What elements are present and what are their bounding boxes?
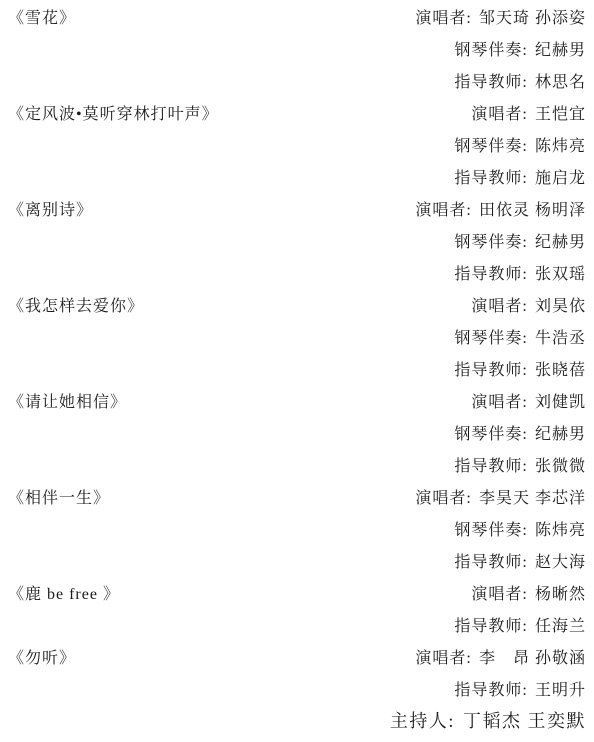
credit-line: 指导教师:张晓蓓 [454, 357, 586, 380]
role-label: 钢琴伴奏: [454, 421, 527, 444]
song-title: 《定风波•莫听穿林打叶声》 [8, 101, 219, 124]
performer-names: 陈炜亮 [535, 133, 586, 156]
credit-line: 演唱者:李昊天 李芯洋 [415, 485, 586, 508]
program-row: 钢琴伴奏:牛浩丞 [8, 320, 586, 352]
performer-names: 田依灵 杨明泽 [479, 197, 586, 220]
song-title: 《鹿 be free 》 [8, 581, 120, 604]
program-row: 指导教师:林思名 [8, 64, 586, 96]
performer-names: 施启龙 [535, 165, 586, 188]
program-row: 《雪花》 演唱者:邹天琦 孙添姿 [8, 0, 586, 32]
performer-names: 纪赫男 [535, 421, 586, 444]
role-label: 钢琴伴奏: [454, 133, 527, 156]
role-label: 钢琴伴奏: [454, 517, 527, 540]
song-title: 《勿听》 [8, 645, 76, 668]
credit-line: 钢琴伴奏:纪赫男 [454, 229, 586, 252]
song-title: 《我怎样去爱你》 [8, 293, 144, 316]
role-label: 演唱者: [415, 197, 471, 220]
performer-names: 纪赫男 [535, 229, 586, 252]
program-row: 指导教师:赵大海 [8, 544, 586, 576]
role-label: 指导教师: [454, 357, 527, 380]
program-document: 《雪花》 演唱者:邹天琦 孙添姿 钢琴伴奏:纪赫男 指导教师:林思名 《定风波•… [0, 0, 594, 742]
program-row: 指导教师:王明升 [8, 672, 586, 704]
role-label: 演唱者: [471, 389, 527, 412]
credit-line: 演唱者:邹天琦 孙添姿 [415, 5, 586, 28]
performer-names: 刘昊依 [535, 293, 586, 316]
program-row: 指导教师:张双瑶 [8, 256, 586, 288]
performer-names: 张晓蓓 [535, 357, 586, 380]
program-row: 钢琴伴奏:纪赫男 [8, 224, 586, 256]
performer-names: 任海兰 [535, 613, 586, 636]
role-label: 指导教师: [454, 165, 527, 188]
song-title: 《相伴一生》 [8, 485, 110, 508]
program-row: 《我怎样去爱你》 演唱者:刘昊依 [8, 288, 586, 320]
program-row: 钢琴伴奏:纪赫男 [8, 32, 586, 64]
program-row: 指导教师:张晓蓓 [8, 352, 586, 384]
credit-line: 演唱者:杨晰然 [471, 581, 586, 604]
program-row: 指导教师:任海兰 [8, 608, 586, 640]
host-names: 丁韬杰 王奕默 [463, 707, 586, 733]
credit-line: 演唱者:田依灵 杨明泽 [415, 197, 586, 220]
credit-line: 指导教师:林思名 [454, 69, 586, 92]
credit-line: 钢琴伴奏:陈炜亮 [454, 517, 586, 540]
role-label: 指导教师: [454, 613, 527, 636]
role-label: 指导教师: [454, 549, 527, 572]
performer-names: 林思名 [535, 69, 586, 92]
credit-line: 钢琴伴奏:纪赫男 [454, 421, 586, 444]
credit-line: 演唱者:李 昂 孙敬涵 [415, 645, 586, 668]
host-line: 主持人:丁韬杰 王奕默 [390, 707, 586, 733]
performer-names: 纪赫男 [535, 37, 586, 60]
performer-names: 邹天琦 孙添姿 [479, 5, 586, 28]
credit-line: 钢琴伴奏:陈炜亮 [454, 133, 586, 156]
role-label: 钢琴伴奏: [454, 37, 527, 60]
credit-line: 指导教师:张双瑶 [454, 261, 586, 284]
role-label: 演唱者: [471, 293, 527, 316]
credit-line: 指导教师:张微微 [454, 453, 586, 476]
program-row: 钢琴伴奏:纪赫男 [8, 416, 586, 448]
performer-names: 张双瑶 [535, 261, 586, 284]
role-label: 指导教师: [454, 453, 527, 476]
performer-names: 牛浩丞 [535, 325, 586, 348]
credit-line: 演唱者:刘昊依 [471, 293, 586, 316]
credit-line: 钢琴伴奏:牛浩丞 [454, 325, 586, 348]
program-row: 《鹿 be free 》 演唱者:杨晰然 [8, 576, 586, 608]
program-row: 《请让她相信》 演唱者:刘健凯 [8, 384, 586, 416]
performer-names: 杨晰然 [535, 581, 586, 604]
role-label: 演唱者: [415, 645, 471, 668]
role-label: 演唱者: [415, 5, 471, 28]
performer-names: 李 昂 孙敬涵 [479, 645, 586, 668]
song-title: 《雪花》 [8, 5, 76, 28]
program-row: 指导教师:张微微 [8, 448, 586, 480]
host-row: 主持人:丁韬杰 王奕默 [8, 704, 586, 736]
credit-line: 演唱者:刘健凯 [471, 389, 586, 412]
program-row: 《离别诗》 演唱者:田依灵 杨明泽 [8, 192, 586, 224]
role-label: 指导教师: [454, 677, 527, 700]
credit-line: 指导教师:施启龙 [454, 165, 586, 188]
role-label: 演唱者: [415, 485, 471, 508]
performer-names: 张微微 [535, 453, 586, 476]
song-title: 《离别诗》 [8, 197, 93, 220]
role-label: 钢琴伴奏: [454, 325, 527, 348]
program-row: 指导教师:施启龙 [8, 160, 586, 192]
role-label: 指导教师: [454, 261, 527, 284]
song-title: 《请让她相信》 [8, 389, 127, 412]
credit-line: 指导教师:赵大海 [454, 549, 586, 572]
performer-names: 王明升 [535, 677, 586, 700]
host-label: 主持人: [390, 707, 455, 733]
performer-names: 李昊天 李芯洋 [479, 485, 586, 508]
credit-line: 指导教师:任海兰 [454, 613, 586, 636]
role-label: 指导教师: [454, 69, 527, 92]
program-row: 钢琴伴奏:陈炜亮 [8, 128, 586, 160]
program-row: 《相伴一生》 演唱者:李昊天 李芯洋 [8, 480, 586, 512]
performer-names: 王恺宜 [535, 101, 586, 124]
performer-names: 陈炜亮 [535, 517, 586, 540]
program-row: 《定风波•莫听穿林打叶声》 演唱者:王恺宜 [8, 96, 586, 128]
role-label: 钢琴伴奏: [454, 229, 527, 252]
credit-line: 指导教师:王明升 [454, 677, 586, 700]
program-row: 《勿听》 演唱者:李 昂 孙敬涵 [8, 640, 586, 672]
performer-names: 刘健凯 [535, 389, 586, 412]
program-row: 钢琴伴奏:陈炜亮 [8, 512, 586, 544]
performer-names: 赵大海 [535, 549, 586, 572]
credit-line: 钢琴伴奏:纪赫男 [454, 37, 586, 60]
role-label: 演唱者: [471, 581, 527, 604]
credit-line: 演唱者:王恺宜 [471, 101, 586, 124]
role-label: 演唱者: [471, 101, 527, 124]
